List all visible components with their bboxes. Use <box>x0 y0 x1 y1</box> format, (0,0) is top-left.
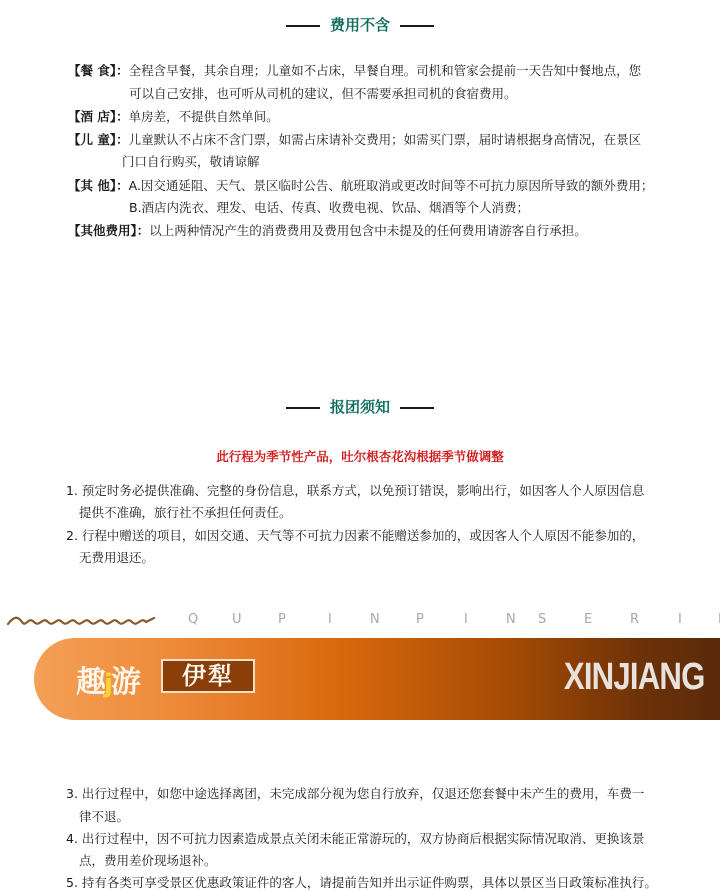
notice-text: 4. 出行过程中，因不可抗力因素造成景点关闭未能正常游玩的，双方协商后根据实际情… <box>66 831 644 846</box>
fee-item-other-fees: 【其他费用】：以上两种情况产生的消费费用及费用包含中未提及的任何费用请游客自行承… <box>68 221 587 241</box>
series-letter: N <box>370 612 380 627</box>
notice-item-4-cont: 点，费用差价现场退补。 <box>79 851 217 871</box>
series-letter: S <box>538 612 546 627</box>
fee-text: 以上两种情况产生的消费费用及费用包含中未提及的任何费用请游客自行承担。 <box>149 223 587 238</box>
destination-badge: 伊犁 <box>161 659 255 693</box>
series-letter: N <box>506 612 516 627</box>
booking-notice-title: 报团须知 <box>0 396 720 417</box>
series-letter: I <box>464 612 468 627</box>
notice-text: 无费用退还。 <box>79 550 154 565</box>
fee-label: 【其 他】： <box>68 178 129 193</box>
notice-item-2-cont: 无费用退还。 <box>79 548 154 568</box>
notice-item-4: 4. 出行过程中，因不可抗力因素造成景点关闭未能正常游玩的，双方协商后根据实际情… <box>66 829 644 849</box>
logo-j-accent: j <box>104 669 111 699</box>
fee-item-children-cont: 门口自行购买，敬请谅解 <box>122 152 260 172</box>
title-dash-left <box>286 25 320 27</box>
wave-decoration-icon <box>6 612 156 630</box>
brand-logo: 趣j游 <box>76 657 139 701</box>
logo-char: 趣 <box>76 665 104 700</box>
fee-text: 可以自己安排，也可听从司机的建议，但不需要承担司机的食宿费用。 <box>129 86 517 101</box>
fee-label: 【其他费用】： <box>68 223 149 238</box>
booking-notice-title-text: 报团须知 <box>330 398 390 416</box>
series-letter: Q <box>188 612 198 627</box>
fee-item-hotel: 【酒 店】：单房差，不提供自然单间。 <box>68 107 279 127</box>
notice-item-3-cont: 律不退。 <box>79 807 129 827</box>
notice-item-5: 5. 持有各类可享受景区优惠政策证件的客人，请提前告知并出示证件购票，具体以景区… <box>66 873 657 891</box>
notice-text: 1. 预定时务必提供准确、完整的身份信息，联系方式，以免预订错误，影响出行，如因… <box>66 483 644 498</box>
series-letter: E <box>584 612 592 627</box>
notice-text: 点，费用差价现场退补。 <box>79 853 217 868</box>
fee-label: 【酒 店】： <box>68 109 129 124</box>
notice-item-1-cont: 提供不准确，旅行社不承担任何责任。 <box>79 503 292 523</box>
fee-text: 门口自行购买，敬请谅解 <box>122 154 260 169</box>
title-dash-left <box>286 407 320 409</box>
fees-excluded-title: 费用不含 <box>0 14 720 35</box>
fee-label: 【儿 童】： <box>68 132 129 147</box>
title-dash-right <box>400 25 434 27</box>
fee-text: B.酒店内洗衣、理发、电话、传真、收费电视、饮品、烟酒等个人消费； <box>129 200 529 215</box>
series-letter: I <box>678 612 682 627</box>
notice-item-1: 1. 预定时务必提供准确、完整的身份信息，联系方式，以免预订错误，影响出行，如因… <box>66 481 644 501</box>
title-dash-right <box>400 407 434 409</box>
series-letter: R <box>630 612 639 627</box>
logo-char: 游 <box>111 665 139 700</box>
notice-item-2: 2. 行程中赠送的项目，如因交通、天气等不可抗力因素不能赠送参加的，或因客人个人… <box>66 526 644 546</box>
fee-item-children: 【儿 童】：儿童默认不占床不含门票，如需占床请补交费用；如需买门票，届时请根据身… <box>68 130 641 150</box>
notice-text: 3. 出行过程中，如您中途选择离团，未完成部分视为您自行放弃，仅退还您套餐中未产… <box>66 786 644 801</box>
fee-label: 【餐 食】： <box>68 63 129 78</box>
series-letter: U <box>232 612 242 627</box>
notice-text: 提供不准确，旅行社不承担任何责任。 <box>79 505 292 520</box>
fees-excluded-title-text: 费用不含 <box>330 16 390 34</box>
fee-item-other: 【其 他】：A.因交通延阻、天气、景区临时公告、航班取消或更改时间等不可抗力原因… <box>68 176 653 196</box>
notice-text: 2. 行程中赠送的项目，如因交通、天气等不可抗力因素不能赠送参加的，或因客人个人… <box>66 528 644 543</box>
fee-text: 单房差，不提供自然单间。 <box>129 109 279 124</box>
notice-item-3: 3. 出行过程中，如您中途选择离团，未完成部分视为您自行放弃，仅退还您套餐中未产… <box>66 784 644 804</box>
notice-text: 律不退。 <box>79 809 129 824</box>
fee-item-other-cont: B.酒店内洗衣、理发、电话、传真、收费电视、饮品、烟酒等个人消费； <box>129 198 529 218</box>
fee-item-meals: 【餐 食】：全程含早餐，其余自理；儿童如不占床，早餐自理。司机和管家会提前一天告… <box>68 61 641 81</box>
fee-text: 全程含早餐，其余自理；儿童如不占床，早餐自理。司机和管家会提前一天告知中餐地点，… <box>129 63 642 78</box>
notice-text: 5. 持有各类可享受景区优惠政策证件的客人，请提前告知并出示证件购票，具体以景区… <box>66 875 657 890</box>
fee-text: A.因交通延阻、天气、景区临时公告、航班取消或更改时间等不可抗力原因所导致的额外… <box>129 178 654 193</box>
seasonal-note: 此行程为季节性产品，吐尔根杏花沟根据季节做调整 <box>0 447 720 465</box>
fee-item-meals-cont: 可以自己安排，也可听从司机的建议，但不需要承担司机的食宿费用。 <box>129 84 517 104</box>
series-letter: P <box>278 612 286 627</box>
fee-text: 儿童默认不占床不含门票，如需占床请补交费用；如需买门票，届时请根据身高情况，在景… <box>129 132 642 147</box>
series-letter: I <box>328 612 332 627</box>
series-letter: P <box>416 612 424 627</box>
region-title: XINJIANG <box>563 656 704 699</box>
